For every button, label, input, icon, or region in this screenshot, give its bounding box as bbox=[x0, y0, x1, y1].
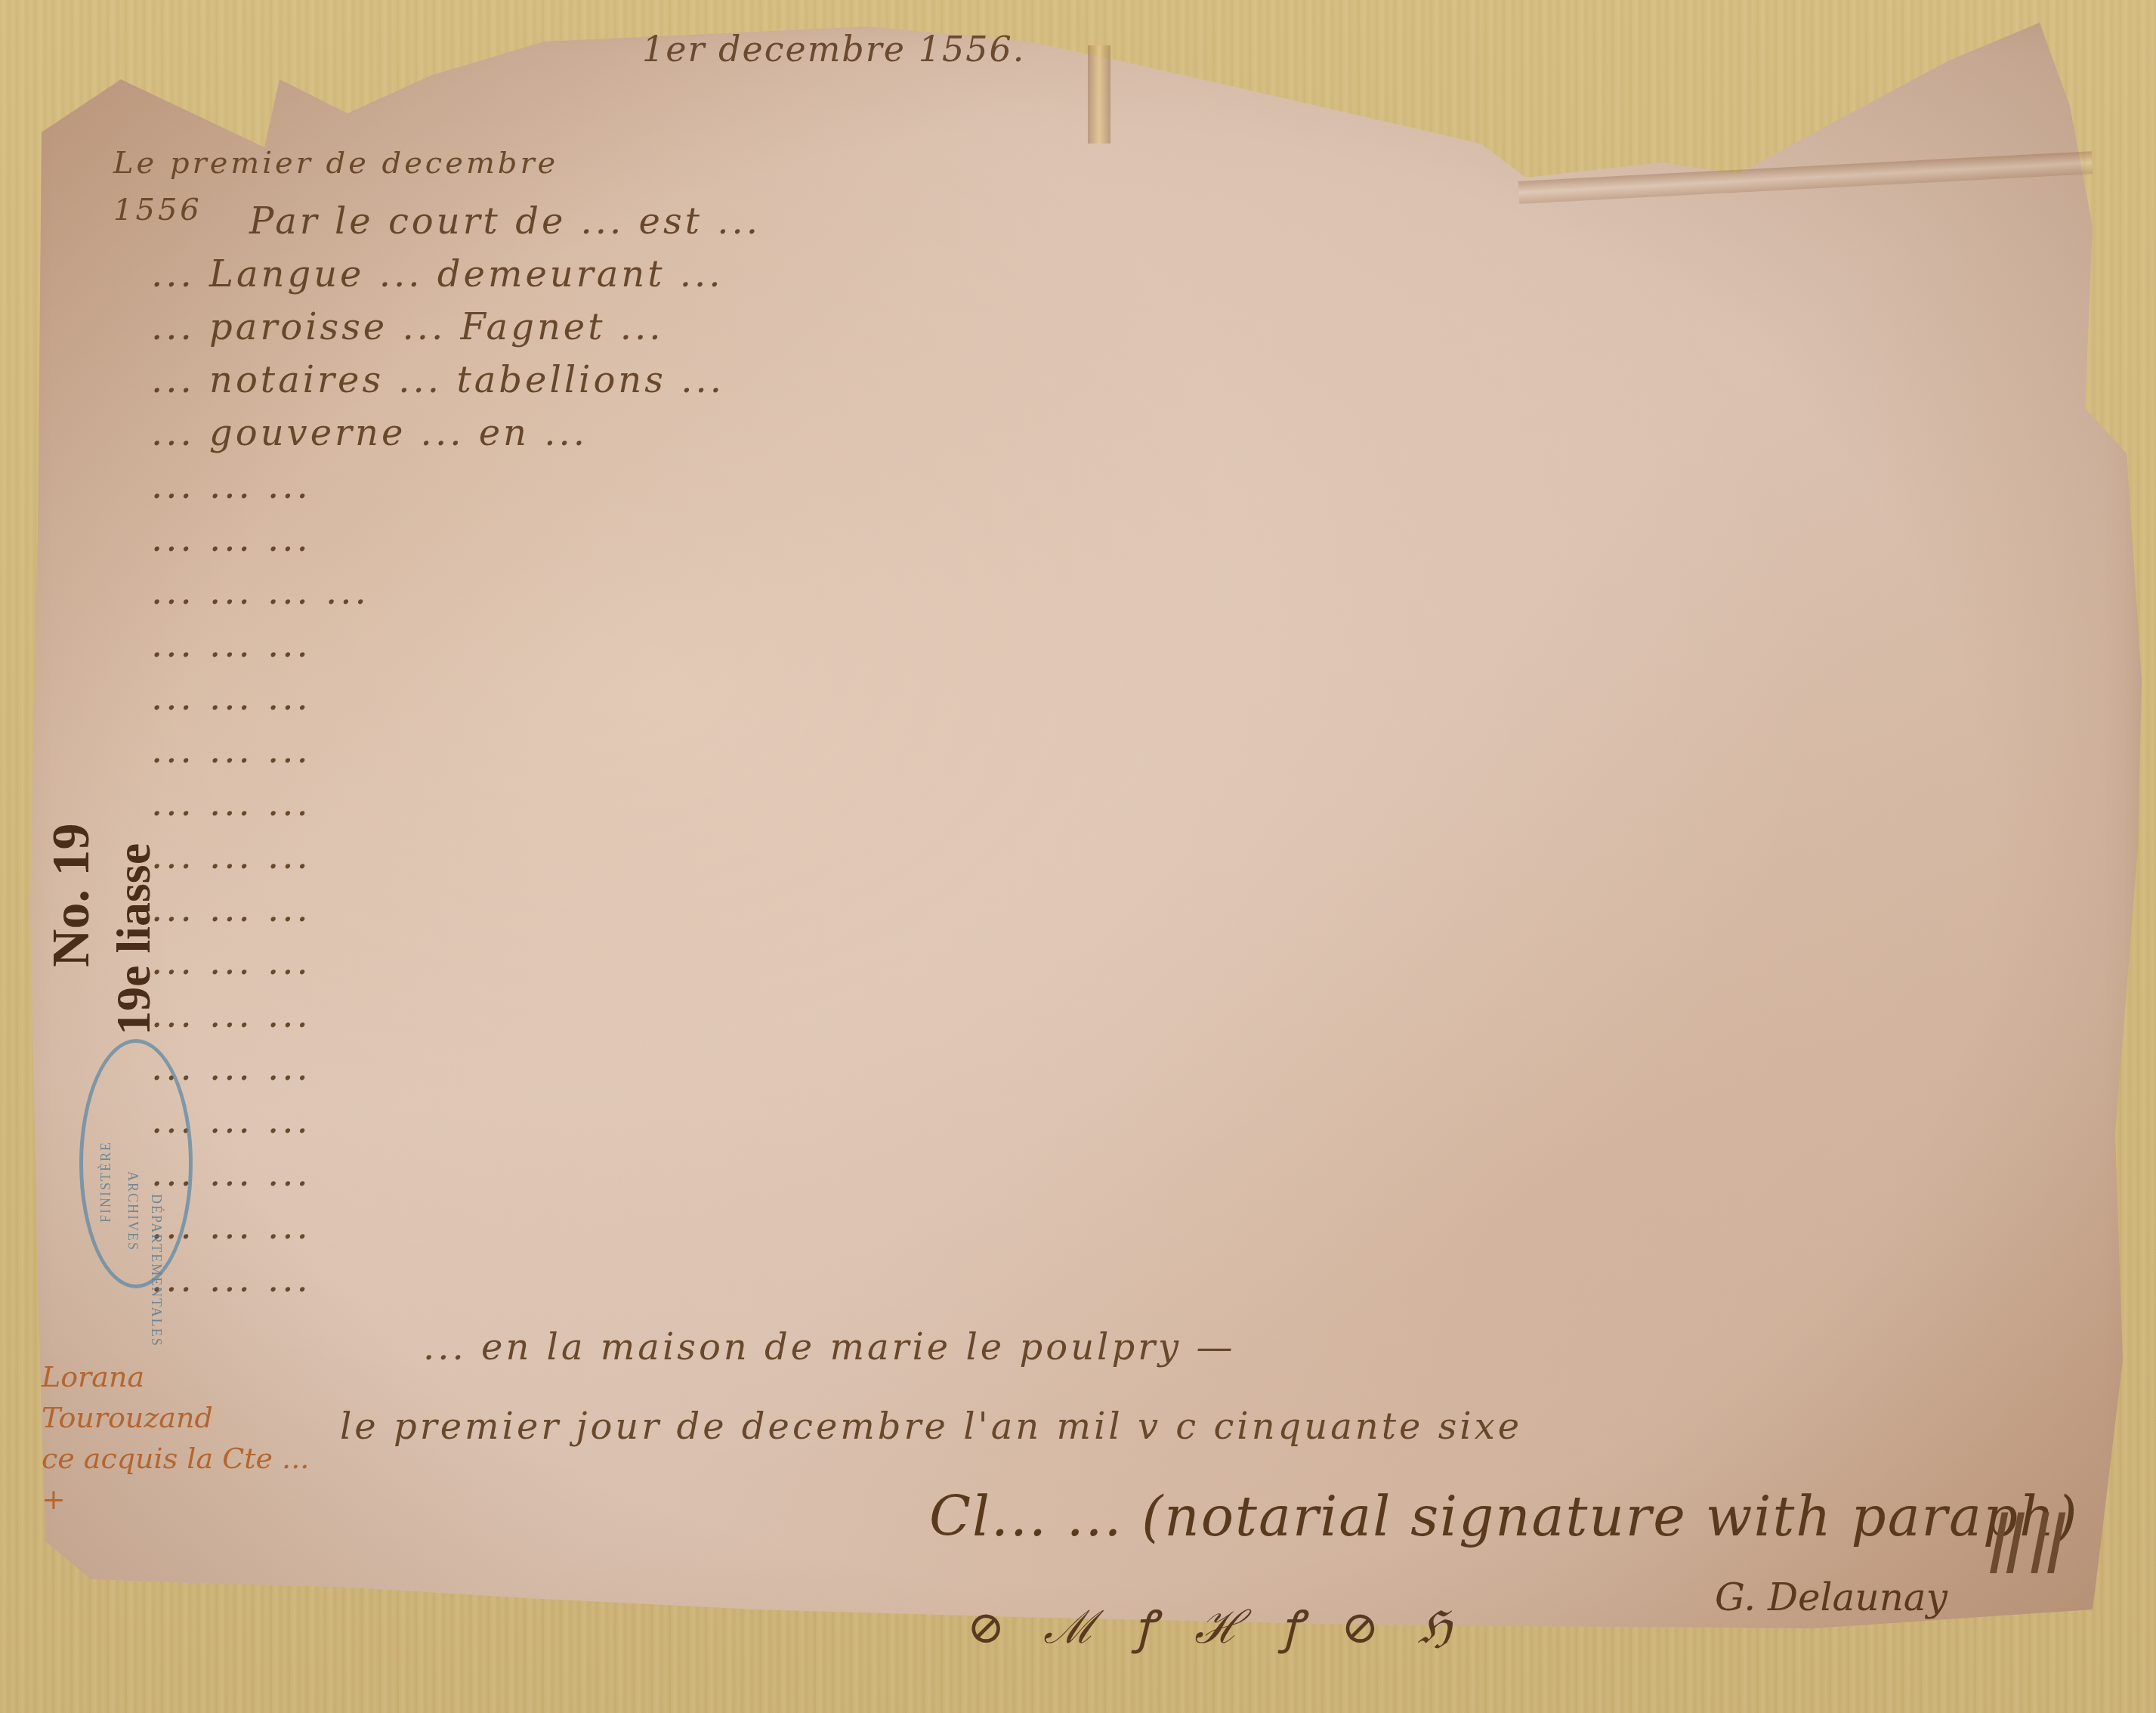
witness-marks: ⊘ ℳ ꝭ ℋ ꝭ ⊘ ℌ bbox=[967, 1594, 1463, 1656]
body-line: ... ... ... bbox=[151, 729, 311, 771]
archives-stamp: DÉPARTEMENTALES ARCHIVES FINISTÈRE bbox=[79, 1039, 193, 1288]
body-line: ... ... ... bbox=[151, 1258, 311, 1300]
archive-reference: No. 19 19e liasse bbox=[45, 657, 166, 1081]
body-line: Par le court de ... est ... bbox=[249, 200, 761, 243]
body-line: ... ... ... ... bbox=[151, 570, 369, 613]
red-note-line-3: ce acquis la Cte ... bbox=[42, 1438, 309, 1479]
red-note-line-2: Tourouzand bbox=[42, 1397, 309, 1438]
archive-number: No. 19 bbox=[42, 823, 102, 967]
body-line: ... notaires ... tabellions ... bbox=[151, 359, 724, 401]
stamp-text-3: FINISTÈRE bbox=[98, 1141, 114, 1223]
body-line: ... ... ... bbox=[151, 994, 311, 1036]
body-line: ... ... ... bbox=[151, 623, 311, 666]
body-line: ... paroisse ... Fagnet ... bbox=[151, 306, 664, 348]
margin-note-line-1: Le premier de decembre bbox=[113, 140, 558, 187]
body-line: ... ... ... bbox=[151, 888, 311, 930]
body-line: ... ... ... bbox=[151, 835, 311, 877]
closing-line-1: ... en la maison de marie le poulpry — bbox=[423, 1326, 1235, 1368]
body-line: ... Langue ... demeurant ... bbox=[151, 253, 724, 295]
body-line: ... ... ... bbox=[151, 782, 311, 824]
body-line: ... gouverne ... en ... bbox=[151, 412, 588, 454]
notary-signature-left: Cl... ... (notarial signature with parap… bbox=[929, 1485, 2079, 1548]
stamp-text-1: DÉPARTEMENTALES bbox=[148, 1194, 164, 1347]
stamp-text-2: ARCHIVES bbox=[125, 1171, 141, 1251]
archive-liasse: 19e liasse bbox=[106, 843, 162, 1035]
tear-fold-top bbox=[1088, 45, 1110, 144]
body-line: ... ... ... bbox=[151, 941, 311, 983]
date-header: 1er decembre 1556. bbox=[642, 29, 1025, 70]
body-line: ... ... ... bbox=[151, 518, 311, 560]
red-note-line-1: Lorana bbox=[42, 1356, 309, 1397]
body-line: ... ... ... bbox=[151, 676, 311, 719]
notary-signature-right: G. Delaunay bbox=[1715, 1575, 1948, 1619]
red-note-line-4: + bbox=[42, 1479, 309, 1520]
body-line: ... ... ... bbox=[151, 465, 311, 507]
red-margin-note: Lorana Tourouzand ce acquis la Cte ... + bbox=[42, 1356, 309, 1520]
signature-paraph-icon: ǁǁ bbox=[1987, 1496, 2068, 1593]
closing-line-2: le premier jour de decembre l'an mil v c… bbox=[340, 1405, 1522, 1448]
